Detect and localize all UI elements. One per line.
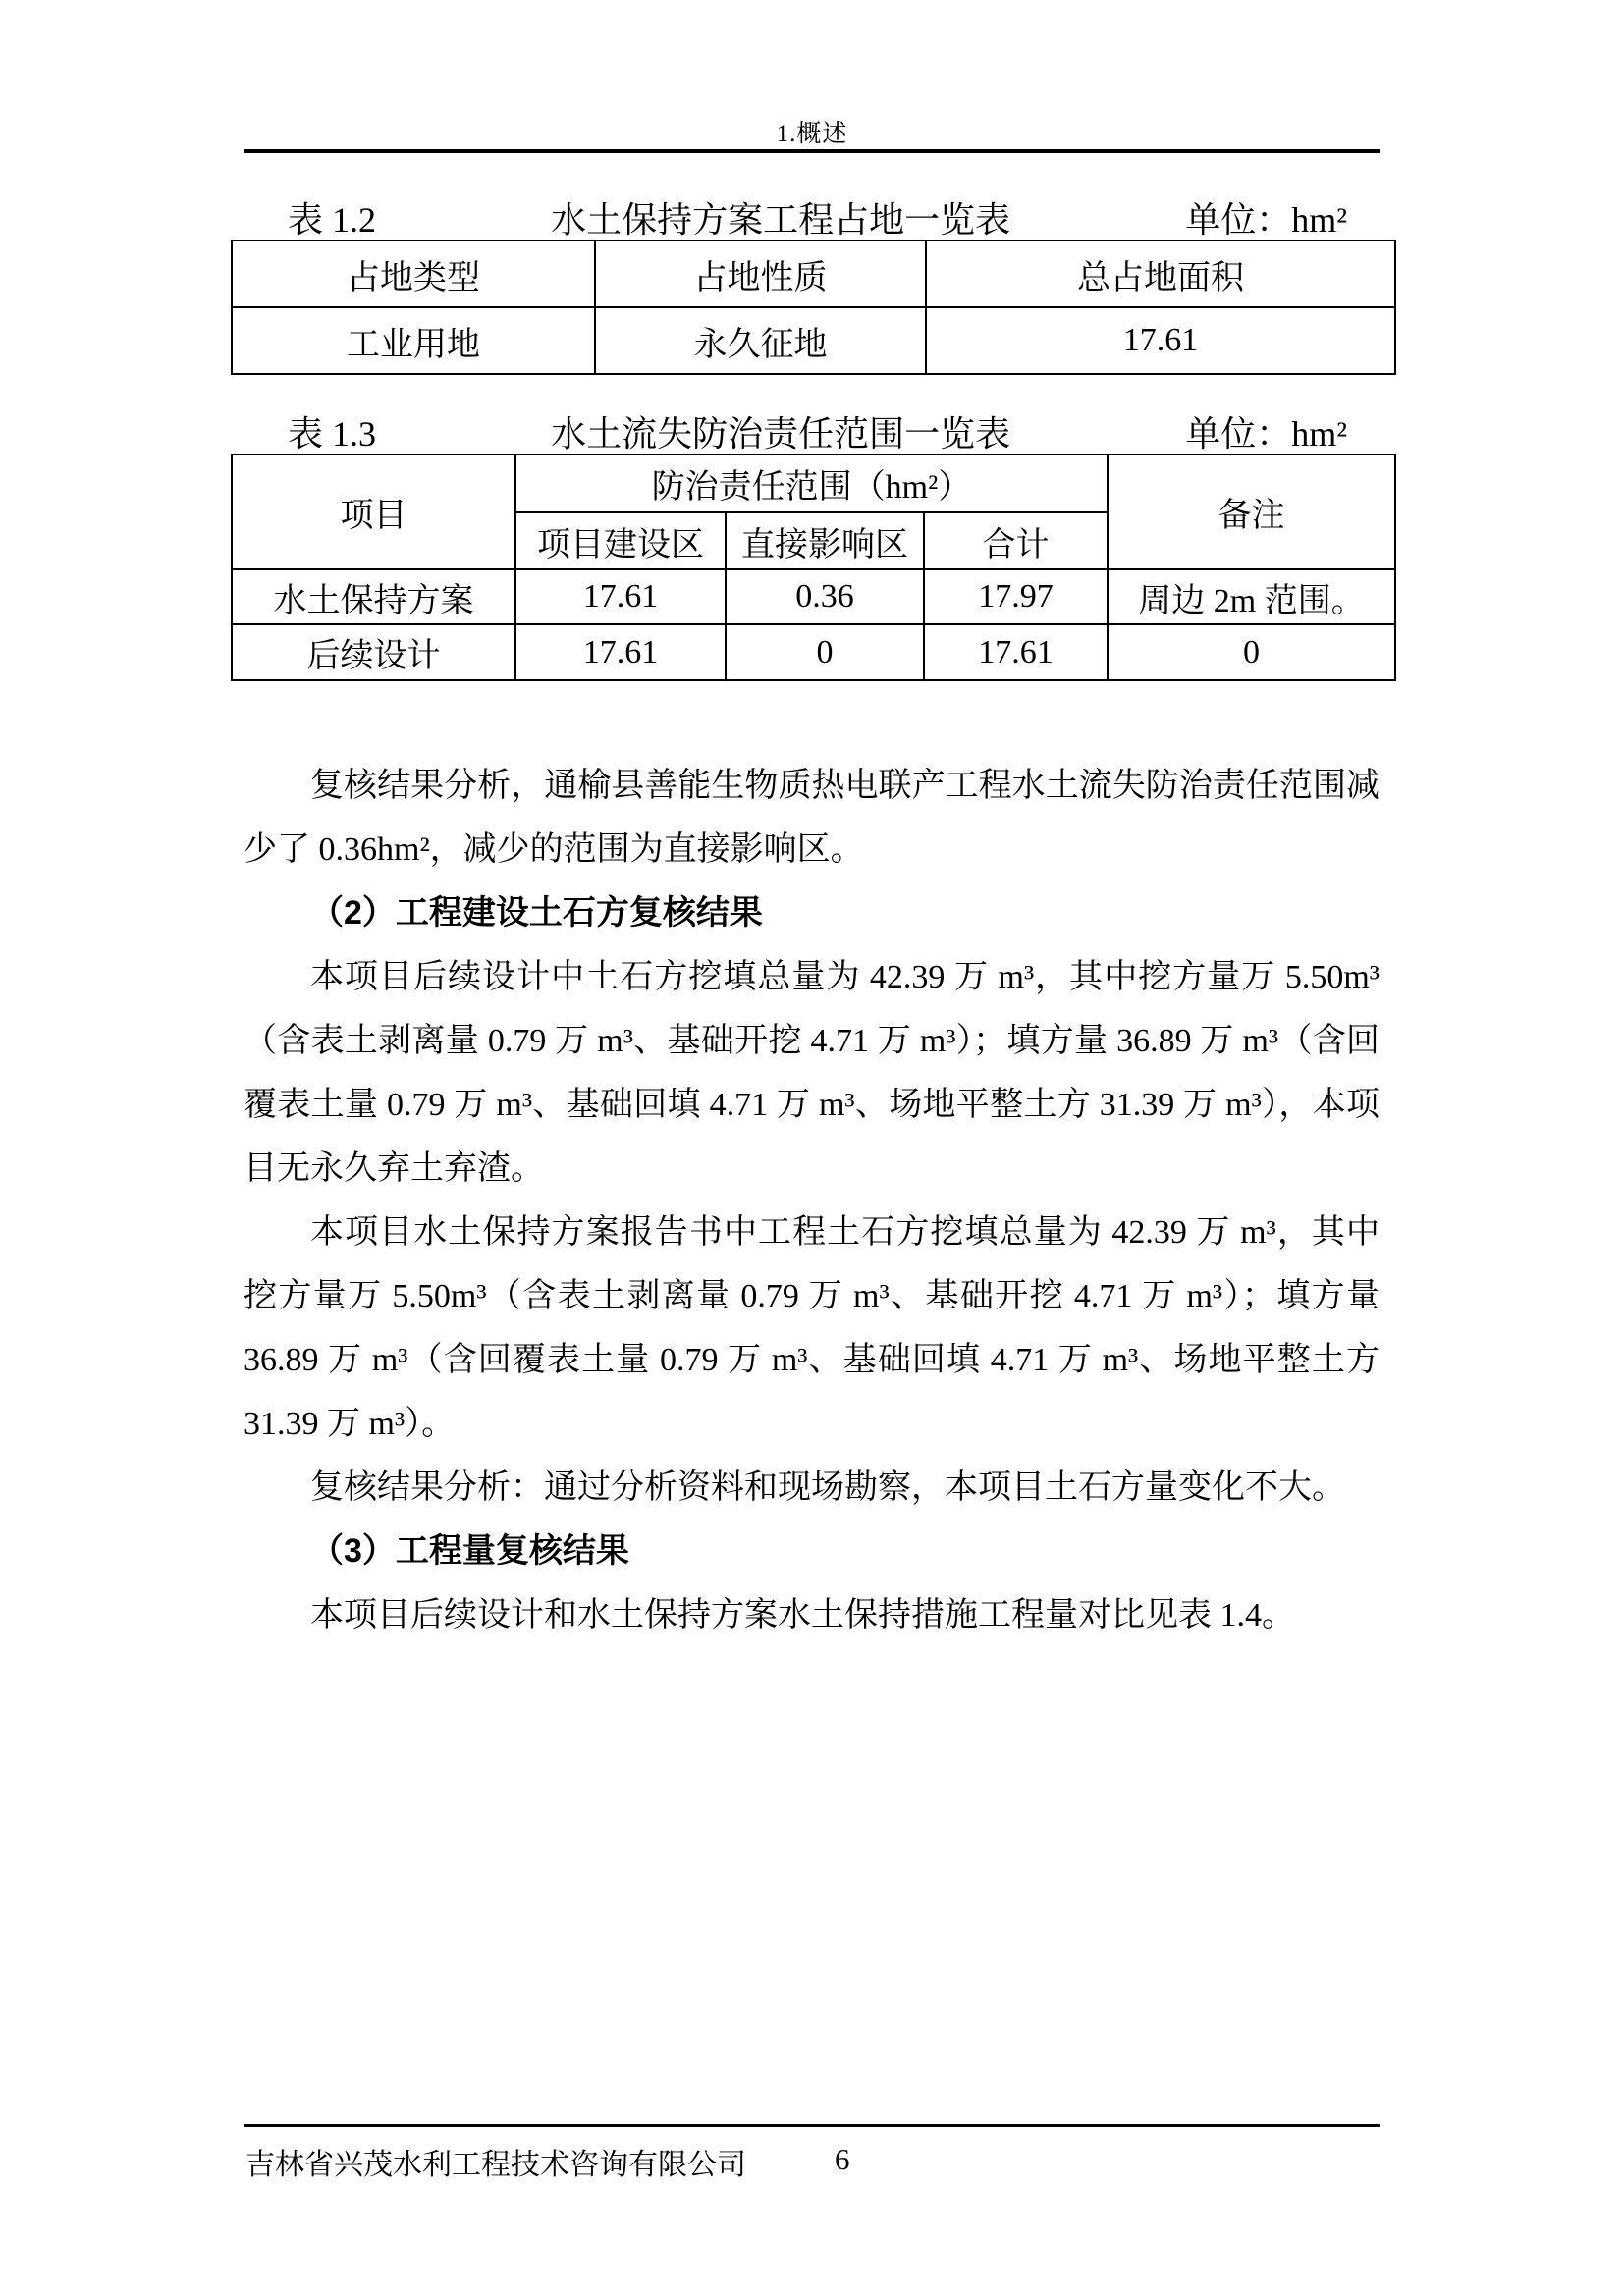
table-1-2-caption: 表 1.2 水土保持方案工程占地一览表 单位：hm² <box>231 194 1394 240</box>
table-cell: 水土保持方案 <box>232 569 515 624</box>
footer-page-number: 6 <box>835 2142 850 2177</box>
table-cell: 0 <box>726 624 924 680</box>
table-cell: 0 <box>1108 624 1395 680</box>
table-cell: 17.61 <box>515 624 726 680</box>
land-occupation-table: 占地类型 占地性质 总占地面积 工业用地 永久征地 17.61 <box>231 240 1396 375</box>
table-header-cell: 备注 <box>1108 454 1395 569</box>
table-1-3-caption-label: 表 1.3 <box>288 406 376 456</box>
paragraph: 复核结果分析，通榆县善能生物质热电联产工程水土流失防治责任范围减少了 0.36h… <box>244 754 1380 881</box>
table-row: 占地类型 占地性质 总占地面积 <box>232 240 1395 307</box>
table-1-3-caption-title: 水土流失防治责任范围一览表 <box>376 406 1185 456</box>
table-row: 项目 防治责任范围（hm²） 备注 <box>232 454 1395 512</box>
table-header-cell: 合计 <box>924 512 1108 569</box>
table-cell: 0.36 <box>726 569 924 624</box>
table-cell: 后续设计 <box>232 624 515 680</box>
table-row: 工业用地 永久征地 17.61 <box>232 307 1395 374</box>
paragraph: 本项目后续设计和水土保持方案水土保持措施工程量对比见表 1.4。 <box>244 1583 1380 1647</box>
section-heading: （2）工程建设土石方复核结果 <box>244 881 1380 945</box>
table-row: 水土保持方案 17.61 0.36 17.97 周边 2m 范围。 <box>232 569 1395 624</box>
table-header-cell: 项目建设区 <box>515 512 726 569</box>
table-header-cell: 直接影响区 <box>726 512 924 569</box>
table-header-cell: 占地类型 <box>232 240 595 307</box>
document-page: 1.概述 表 1.2 水土保持方案工程占地一览表 单位：hm² 占地类型 占地性… <box>0 0 1624 2296</box>
footer-rule <box>244 2124 1380 2127</box>
table-cell: 工业用地 <box>232 307 595 374</box>
footer-company: 吉林省兴茂水利工程技术咨询有限公司 <box>245 2140 746 2183</box>
table-1-2-caption-unit: 单位：hm² <box>1185 192 1347 242</box>
table-cell: 永久征地 <box>595 307 926 374</box>
table-cell: 17.61 <box>926 307 1395 374</box>
body-text: 复核结果分析，通榆县善能生物质热电联产工程水土流失防治责任范围减少了 0.36h… <box>244 754 1380 1647</box>
table-row: 后续设计 17.61 0 17.61 0 <box>232 624 1395 680</box>
section-heading: （3）工程量复核结果 <box>244 1520 1380 1583</box>
table-header-cell: 防治责任范围（hm²） <box>515 454 1108 512</box>
responsibility-scope-table: 项目 防治责任范围（hm²） 备注 项目建设区 直接影响区 合计 水土保持方案 … <box>231 454 1396 681</box>
table-header-cell: 总占地面积 <box>926 240 1395 307</box>
table-1-2-caption-title: 水土保持方案工程占地一览表 <box>376 192 1185 242</box>
table-1-3-caption-unit: 单位：hm² <box>1185 406 1347 456</box>
table-header-cell: 项目 <box>232 454 515 569</box>
table-cell: 17.61 <box>515 569 726 624</box>
header-rule <box>244 149 1380 153</box>
table-cell: 17.97 <box>924 569 1108 624</box>
table-cell: 周边 2m 范围。 <box>1108 569 1395 624</box>
paragraph: 复核结果分析：通过分析资料和现场勘察，本项目土石方量变化不大。 <box>244 1456 1380 1520</box>
paragraph: 本项目后续设计中土石方挖填总量为 42.39 万 m³，其中挖方量万 5.50m… <box>244 945 1380 1201</box>
table-cell: 17.61 <box>924 624 1108 680</box>
table-1-2-caption-label: 表 1.2 <box>288 192 376 242</box>
table-header-cell: 占地性质 <box>595 240 926 307</box>
chapter-header: 1.概述 <box>0 114 1624 149</box>
table-1-3-caption: 表 1.3 水土流失防治责任范围一览表 单位：hm² <box>231 408 1394 454</box>
paragraph: 本项目水土保持方案报告书中工程土石方挖填总量为 42.39 万 m³，其中挖方量… <box>244 1201 1380 1456</box>
